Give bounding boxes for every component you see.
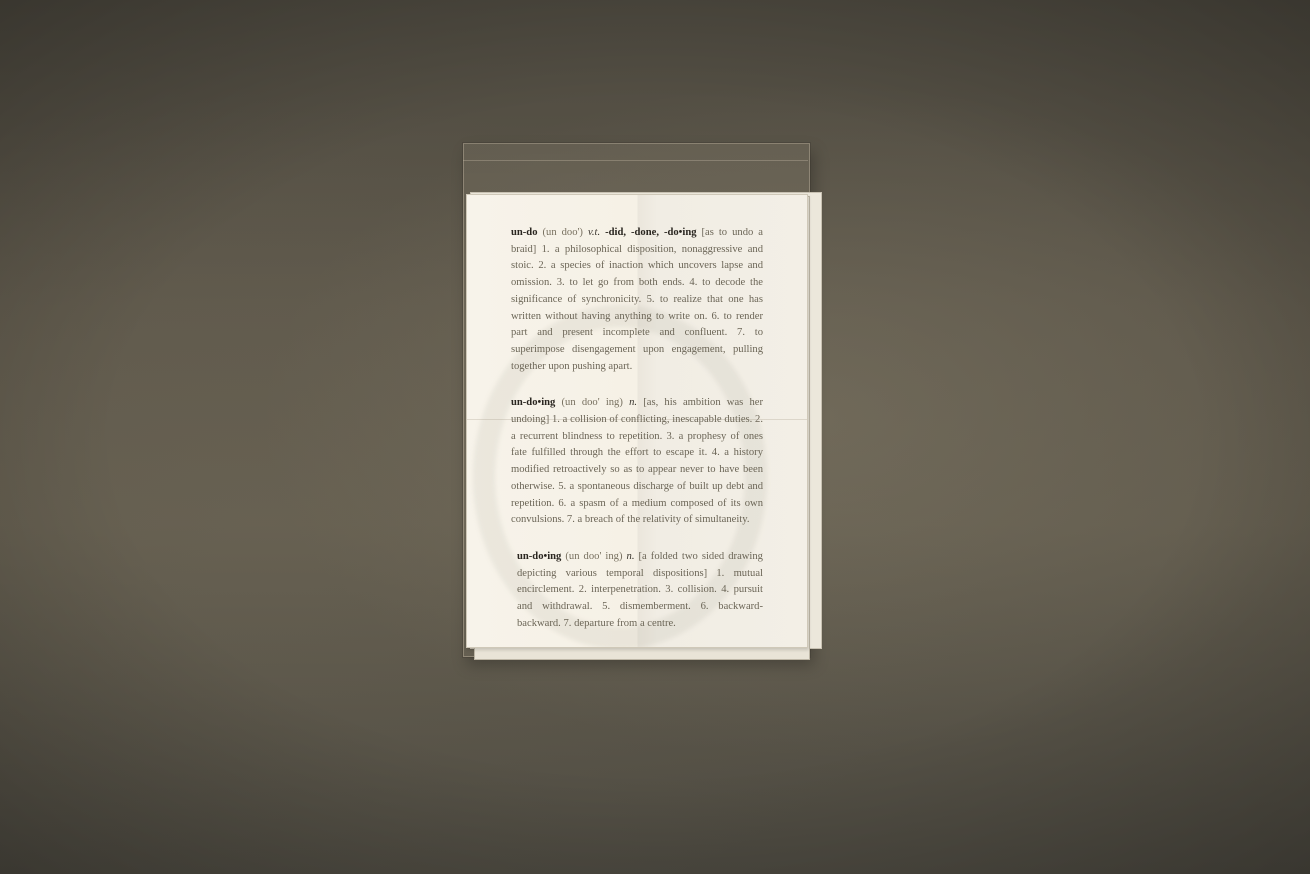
entry-part-of-speech: v.t. bbox=[588, 227, 600, 238]
dictionary-entry-undoing-1: un-do•ing (un doo' ing) n. [as, his ambi… bbox=[511, 395, 763, 529]
entry-definition: [as, his ambition was her undoing] 1. a … bbox=[511, 397, 763, 525]
entry-headword: un-do bbox=[511, 227, 538, 238]
dictionary-entry-undoing-2: un-do•ing (un doo' ing) n. [a folded two… bbox=[517, 549, 763, 633]
entry-headword: un-do•ing bbox=[517, 551, 561, 562]
entry-pronunciation: (un doo' ing) bbox=[562, 397, 623, 408]
entry-pronunciation: (un doo' ing) bbox=[565, 551, 622, 562]
entry-pronunciation: (un doo') bbox=[543, 227, 583, 238]
entry-definition: [a folded two sided drawing depicting va… bbox=[517, 551, 763, 629]
entry-forms: -did, -done, -do•ing bbox=[605, 227, 696, 238]
entry-part-of-speech: n. bbox=[627, 551, 635, 562]
dictionary-entry-undo: un-do (un doo') v.t. -did, -done, -do•in… bbox=[511, 225, 763, 375]
entry-headword: un-do•ing bbox=[511, 397, 555, 408]
printed-page: un-do (un doo') v.t. -did, -done, -do•in… bbox=[466, 194, 808, 648]
entry-part-of-speech: n. bbox=[629, 397, 637, 408]
dictionary-text: un-do (un doo') v.t. -did, -done, -do•in… bbox=[511, 225, 763, 648]
entry-definition: [as to undo a braid] 1. a philosophical … bbox=[511, 227, 763, 372]
acrylic-sleeve-edge bbox=[463, 160, 808, 161]
